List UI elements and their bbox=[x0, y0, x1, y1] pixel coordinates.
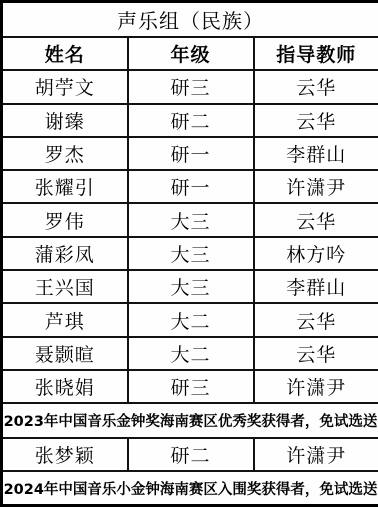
table-row: 罗杰 研一 李群山 bbox=[2, 137, 378, 170]
table-row: 蒲彩凤 大三 林方吟 bbox=[2, 237, 378, 270]
name-cell: 聂颢暄 bbox=[2, 337, 128, 370]
column-header-name: 姓名 bbox=[2, 37, 128, 70]
table-row: 罗伟 大三 云华 bbox=[2, 203, 378, 236]
name-cell: 张耀引 bbox=[2, 170, 128, 203]
name-cell: 胡苧文 bbox=[2, 70, 128, 103]
table-row: 胡苧文 研三 云华 bbox=[2, 70, 378, 103]
grade-cell: 大三 bbox=[128, 203, 254, 236]
grade-cell: 研一 bbox=[128, 170, 254, 203]
note-row-2023: 2023年中国音乐金钟奖海南赛区优秀奖获得者，免试选送 bbox=[2, 403, 378, 437]
header-row: 姓名 年级 指导教师 bbox=[2, 37, 378, 70]
teacher-cell: 云华 bbox=[254, 70, 378, 103]
title-row: 声乐组（民族） bbox=[2, 2, 378, 37]
note-2024: 2024年中国音乐小金钟海南赛区入围奖获得者，免试选送 bbox=[2, 471, 378, 505]
name-cell: 芦琪 bbox=[2, 303, 128, 336]
grade-cell: 大二 bbox=[128, 337, 254, 370]
teacher-cell: 云华 bbox=[254, 337, 378, 370]
teacher-cell: 李群山 bbox=[254, 137, 378, 170]
table-row: 王兴国 大三 李群山 bbox=[2, 270, 378, 303]
teacher-cell: 云华 bbox=[254, 203, 378, 236]
grade-cell: 研二 bbox=[128, 438, 254, 471]
grade-cell: 研三 bbox=[128, 70, 254, 103]
name-cell: 蒲彩凤 bbox=[2, 237, 128, 270]
name-cell: 王兴国 bbox=[2, 270, 128, 303]
column-header-grade: 年级 bbox=[128, 37, 254, 70]
table-row: 谢臻 研二 云华 bbox=[2, 104, 378, 137]
table-row: 芦琪 大二 云华 bbox=[2, 303, 378, 336]
teacher-cell: 李群山 bbox=[254, 270, 378, 303]
table-row: 聂颢暄 大二 云华 bbox=[2, 337, 378, 370]
teacher-cell: 许潇尹 bbox=[254, 370, 378, 403]
grade-cell: 大三 bbox=[128, 270, 254, 303]
table-title: 声乐组（民族） bbox=[2, 2, 378, 37]
teacher-cell: 林方吟 bbox=[254, 237, 378, 270]
name-cell: 张梦颖 bbox=[2, 438, 128, 471]
column-header-teacher: 指导教师 bbox=[254, 37, 378, 70]
grade-cell: 研三 bbox=[128, 370, 254, 403]
note-2023: 2023年中国音乐金钟奖海南赛区优秀奖获得者，免试选送 bbox=[2, 403, 378, 437]
note-row-2024: 2024年中国音乐小金钟海南赛区入围奖获得者，免试选送 bbox=[2, 471, 378, 505]
table-row: 张晓娟 研三 许潇尹 bbox=[2, 370, 378, 403]
name-cell: 谢臻 bbox=[2, 104, 128, 137]
table-row-extra: 张梦颖 研二 许潇尹 bbox=[2, 438, 378, 471]
grade-cell: 大二 bbox=[128, 303, 254, 336]
teacher-cell: 许潇尹 bbox=[254, 170, 378, 203]
name-cell: 罗伟 bbox=[2, 203, 128, 236]
grade-cell: 大三 bbox=[128, 237, 254, 270]
vocal-group-table: 声乐组（民族） 姓名 年级 指导教师 胡苧文 研三 云华 谢臻 研二 云华 罗杰… bbox=[0, 0, 378, 507]
teacher-cell: 云华 bbox=[254, 303, 378, 336]
teacher-cell: 云华 bbox=[254, 104, 378, 137]
table-row: 张耀引 研一 许潇尹 bbox=[2, 170, 378, 203]
name-cell: 张晓娟 bbox=[2, 370, 128, 403]
teacher-cell: 许潇尹 bbox=[254, 438, 378, 471]
name-cell: 罗杰 bbox=[2, 137, 128, 170]
grade-cell: 研二 bbox=[128, 104, 254, 137]
grade-cell: 研一 bbox=[128, 137, 254, 170]
